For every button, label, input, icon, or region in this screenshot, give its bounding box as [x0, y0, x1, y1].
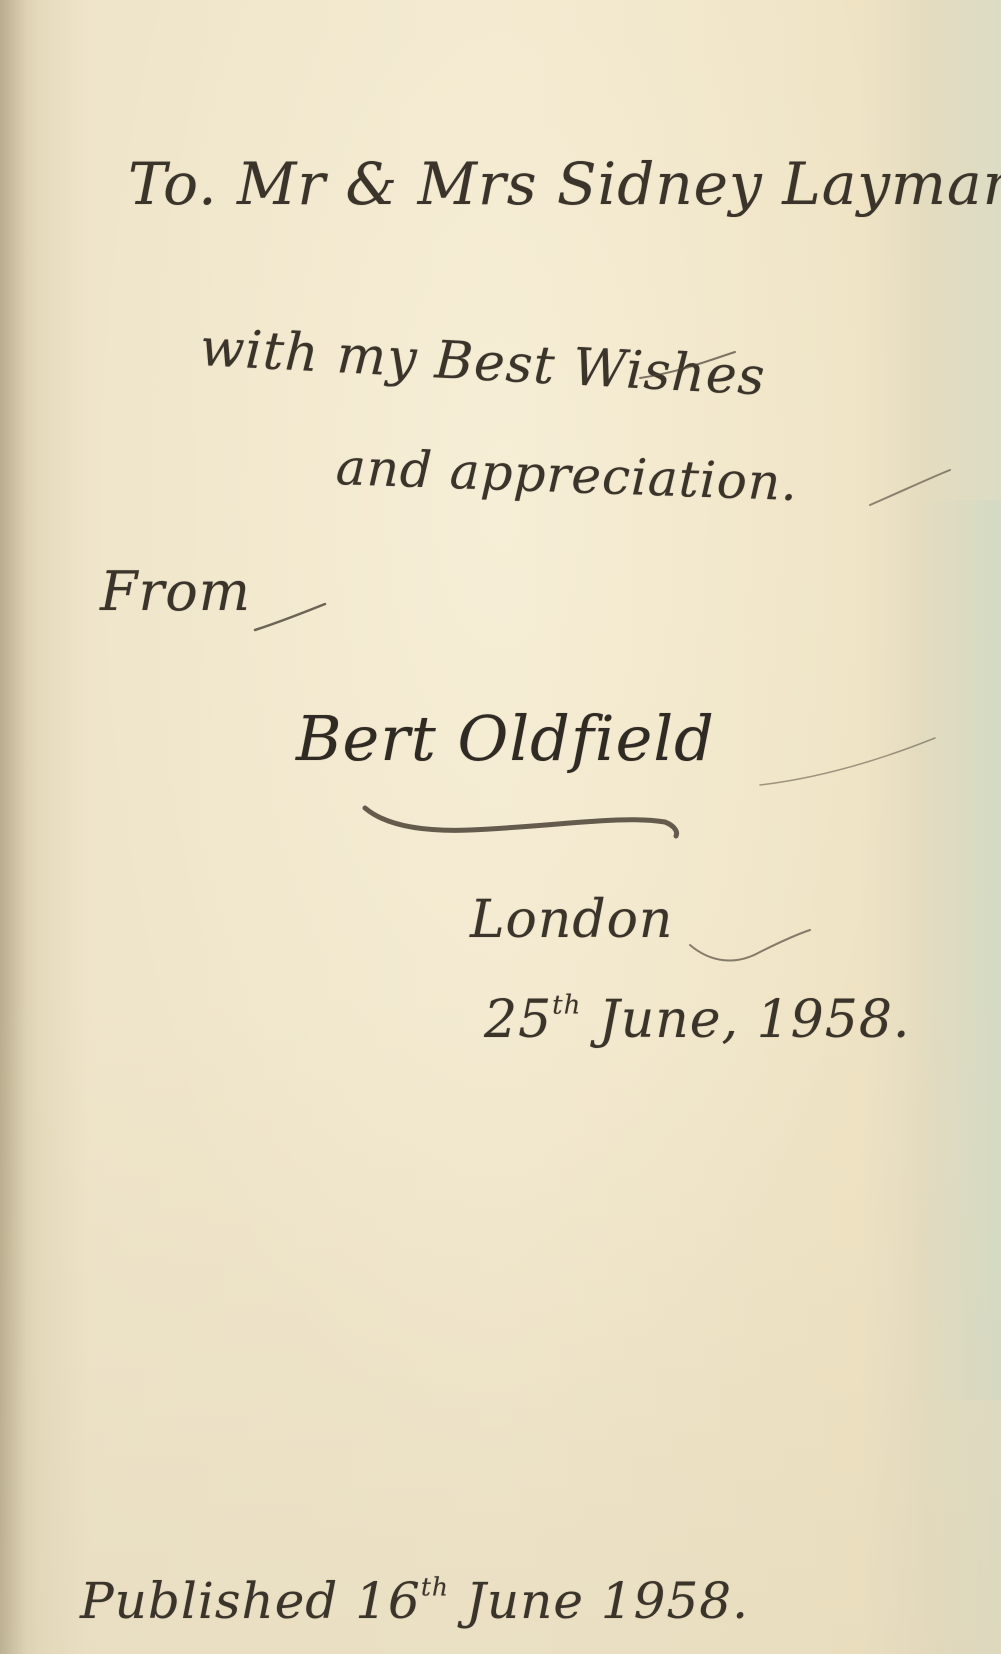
from-label: From	[100, 560, 251, 623]
date-day-suffix: th	[552, 991, 581, 1021]
salutation-recipients-prefix: Mr & Mrs	[237, 150, 538, 218]
salutation-to: To	[128, 150, 198, 218]
published-label: Published	[80, 1572, 338, 1630]
inscription-date: 25th June, 1958.	[484, 990, 910, 1050]
salutation-recipients-name: Sidney Layman	[557, 150, 1001, 218]
binding-gutter-shadow	[0, 0, 26, 1654]
message-line-2: and appreciation.	[335, 438, 799, 512]
published-day-suffix: th	[421, 1573, 449, 1602]
pen-flourishes	[0, 0, 1001, 1654]
from-tail-flourish	[255, 604, 325, 630]
date-day: 25	[484, 990, 552, 1050]
signature-underline	[365, 808, 677, 836]
place: London	[470, 890, 673, 950]
signature: Bert Oldfield	[296, 702, 715, 775]
date-month-year: June, 1958.	[599, 990, 911, 1050]
london-tail-flourish	[690, 930, 810, 960]
published-month-year: June 1958.	[466, 1572, 749, 1630]
signature-trail-flourish	[760, 738, 935, 785]
published-note: Published 16th June 1958.	[80, 1572, 749, 1630]
published-day: 16	[355, 1572, 421, 1630]
message-line-1: with my Best Wishes	[198, 318, 767, 408]
page-edge-discoloration	[911, 500, 1001, 1400]
salutation-line: To. Mr & Mrs Sidney Layman	[128, 150, 1001, 218]
inscription-page: To. Mr & Mrs Sidney Layman with my Best …	[0, 0, 1001, 1654]
